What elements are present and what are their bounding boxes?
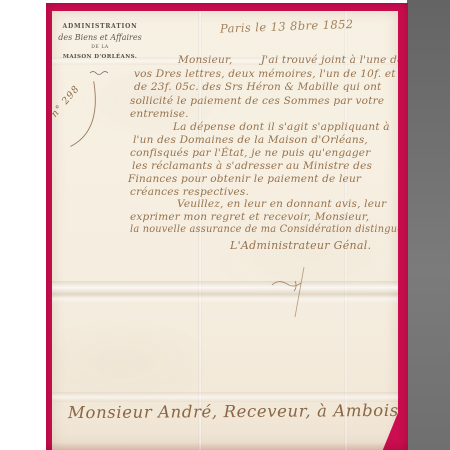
letterhead-line-maison-orleans: MAISON D'ORLÉANS. bbox=[58, 54, 142, 60]
body-line: vos Dres lettres, deux mémoires, l'un de… bbox=[134, 68, 435, 80]
address-line: Monsieur André, Receveur, à Amboise. bbox=[68, 401, 408, 422]
letterhead-line-administration: ADMINISTRATION bbox=[58, 24, 142, 31]
body-line: confisqués par l'État, je ne puis qu'eng… bbox=[130, 147, 370, 159]
horizontal-fold-crease bbox=[52, 281, 398, 303]
body-line: entremise. bbox=[130, 108, 189, 120]
paper-bottom-shadow bbox=[52, 442, 398, 450]
body-line: Monsieur, J'ai trouvé joint à l'une de bbox=[178, 54, 403, 66]
letterhead-line-de-la: DE LA bbox=[58, 46, 142, 51]
body-line: Veuillez, en leur en donnant avis, leur bbox=[177, 198, 386, 210]
body-line: La dépense dont il s'agit s'appliquant à bbox=[173, 121, 390, 133]
body-line: de 23f. 05c. des Srs Héron & Mabille qui… bbox=[134, 81, 381, 93]
dateline: Paris le 13 8bre 1852 bbox=[220, 16, 370, 35]
body-line: créances respectives. bbox=[130, 186, 249, 198]
background-gray-strip bbox=[407, 0, 450, 450]
body-line: exprimer mon regret et recevoir, Monsieu… bbox=[130, 211, 369, 223]
letterhead-line-biens-affaires: des Biens et Affaires bbox=[58, 34, 142, 43]
annotation-flourish-icon bbox=[45, 73, 123, 155]
signature-scribble bbox=[264, 263, 324, 325]
body-line: l'un des Domaines de la Maison d'Orléans… bbox=[133, 134, 368, 146]
body-line: sollicité le paiement de ces Sommes par … bbox=[130, 95, 384, 107]
photo-of-letter: { "letterhead": { "line1": "ADMINISTRATI… bbox=[0, 0, 450, 450]
body-line: la nouvelle assurance de ma Considératio… bbox=[130, 224, 413, 235]
closing-administrateur: L'Administrateur Génal. bbox=[230, 239, 371, 252]
body-line: les réclamants à s'adresser au Ministre … bbox=[132, 160, 372, 172]
body-line: Finances pour obtenir le paiement de leu… bbox=[128, 173, 361, 185]
letter-paper: ADMINISTRATION des Biens et Affaires DE … bbox=[52, 11, 398, 450]
